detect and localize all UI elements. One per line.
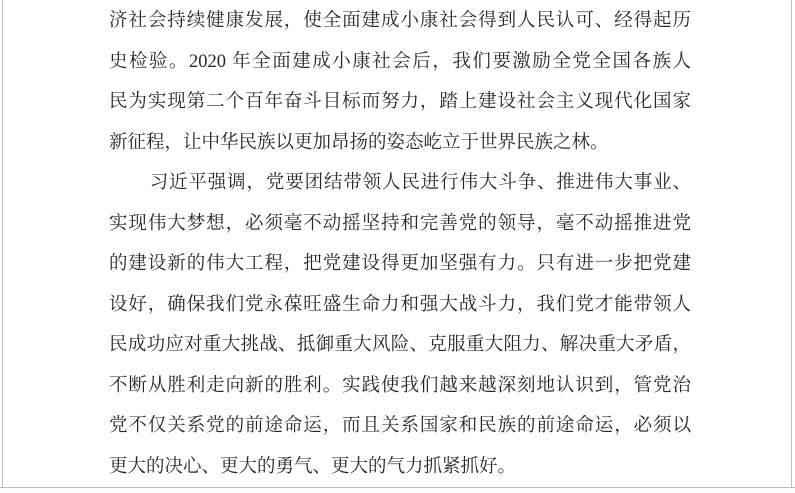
text-line: 党不仅关系党的前途命运，而且关系国家和民族的前途命运，必须以 (109, 406, 691, 447)
text-line: 新征程，让中华民族以更加昂扬的姿态屹立于世界民族之林。 (109, 123, 691, 164)
page-edge-right (791, 0, 792, 488)
text-line: 史检验。2020 年全面建成小康社会后，我们要激励全党全国各族人 (109, 42, 691, 83)
text-line: 民为实现第二个百年奋斗目标而努力，踏上建设社会主义现代化国家 (109, 82, 691, 123)
text-line: 设好，确保我们党永葆旺盛生命力和强大战斗力，我们党才能带领人 (109, 285, 691, 326)
text-line: 实现伟大梦想，必须毫不动摇坚持和完善党的领导，毫不动摇推进党 (109, 204, 691, 245)
document-viewport: 济社会持续健康发展，使全面建成小康社会得到人民认可、经得起历 史检验。2020 … (0, 0, 795, 493)
text-line: 更大的决心、更大的勇气、更大的气力抓紧抓好。 (109, 447, 691, 488)
text-line: 习近平强调，党要团结带领人民进行伟大斗争、推进伟大事业、 (109, 163, 691, 204)
text-line: 民成功应对重大挑战、抵御重大风险、克服重大阻力、解决重大矛盾， (109, 325, 691, 366)
text-line: 济社会持续健康发展，使全面建成小康社会得到人民认可、经得起历 (109, 1, 691, 42)
below-page-gap (0, 488, 795, 493)
page-text-block: 济社会持续健康发展，使全面建成小康社会得到人民认可、经得起历 史检验。2020 … (109, 1, 691, 487)
text-line: 的建设新的伟大工程，把党建设得更加坚强有力。只有进一步把党建 (109, 244, 691, 285)
page-edge-left (2, 0, 3, 488)
text-line: 不断从胜利走向新的胜利。实践使我们越来越深刻地认识到，管党治 (109, 366, 691, 407)
